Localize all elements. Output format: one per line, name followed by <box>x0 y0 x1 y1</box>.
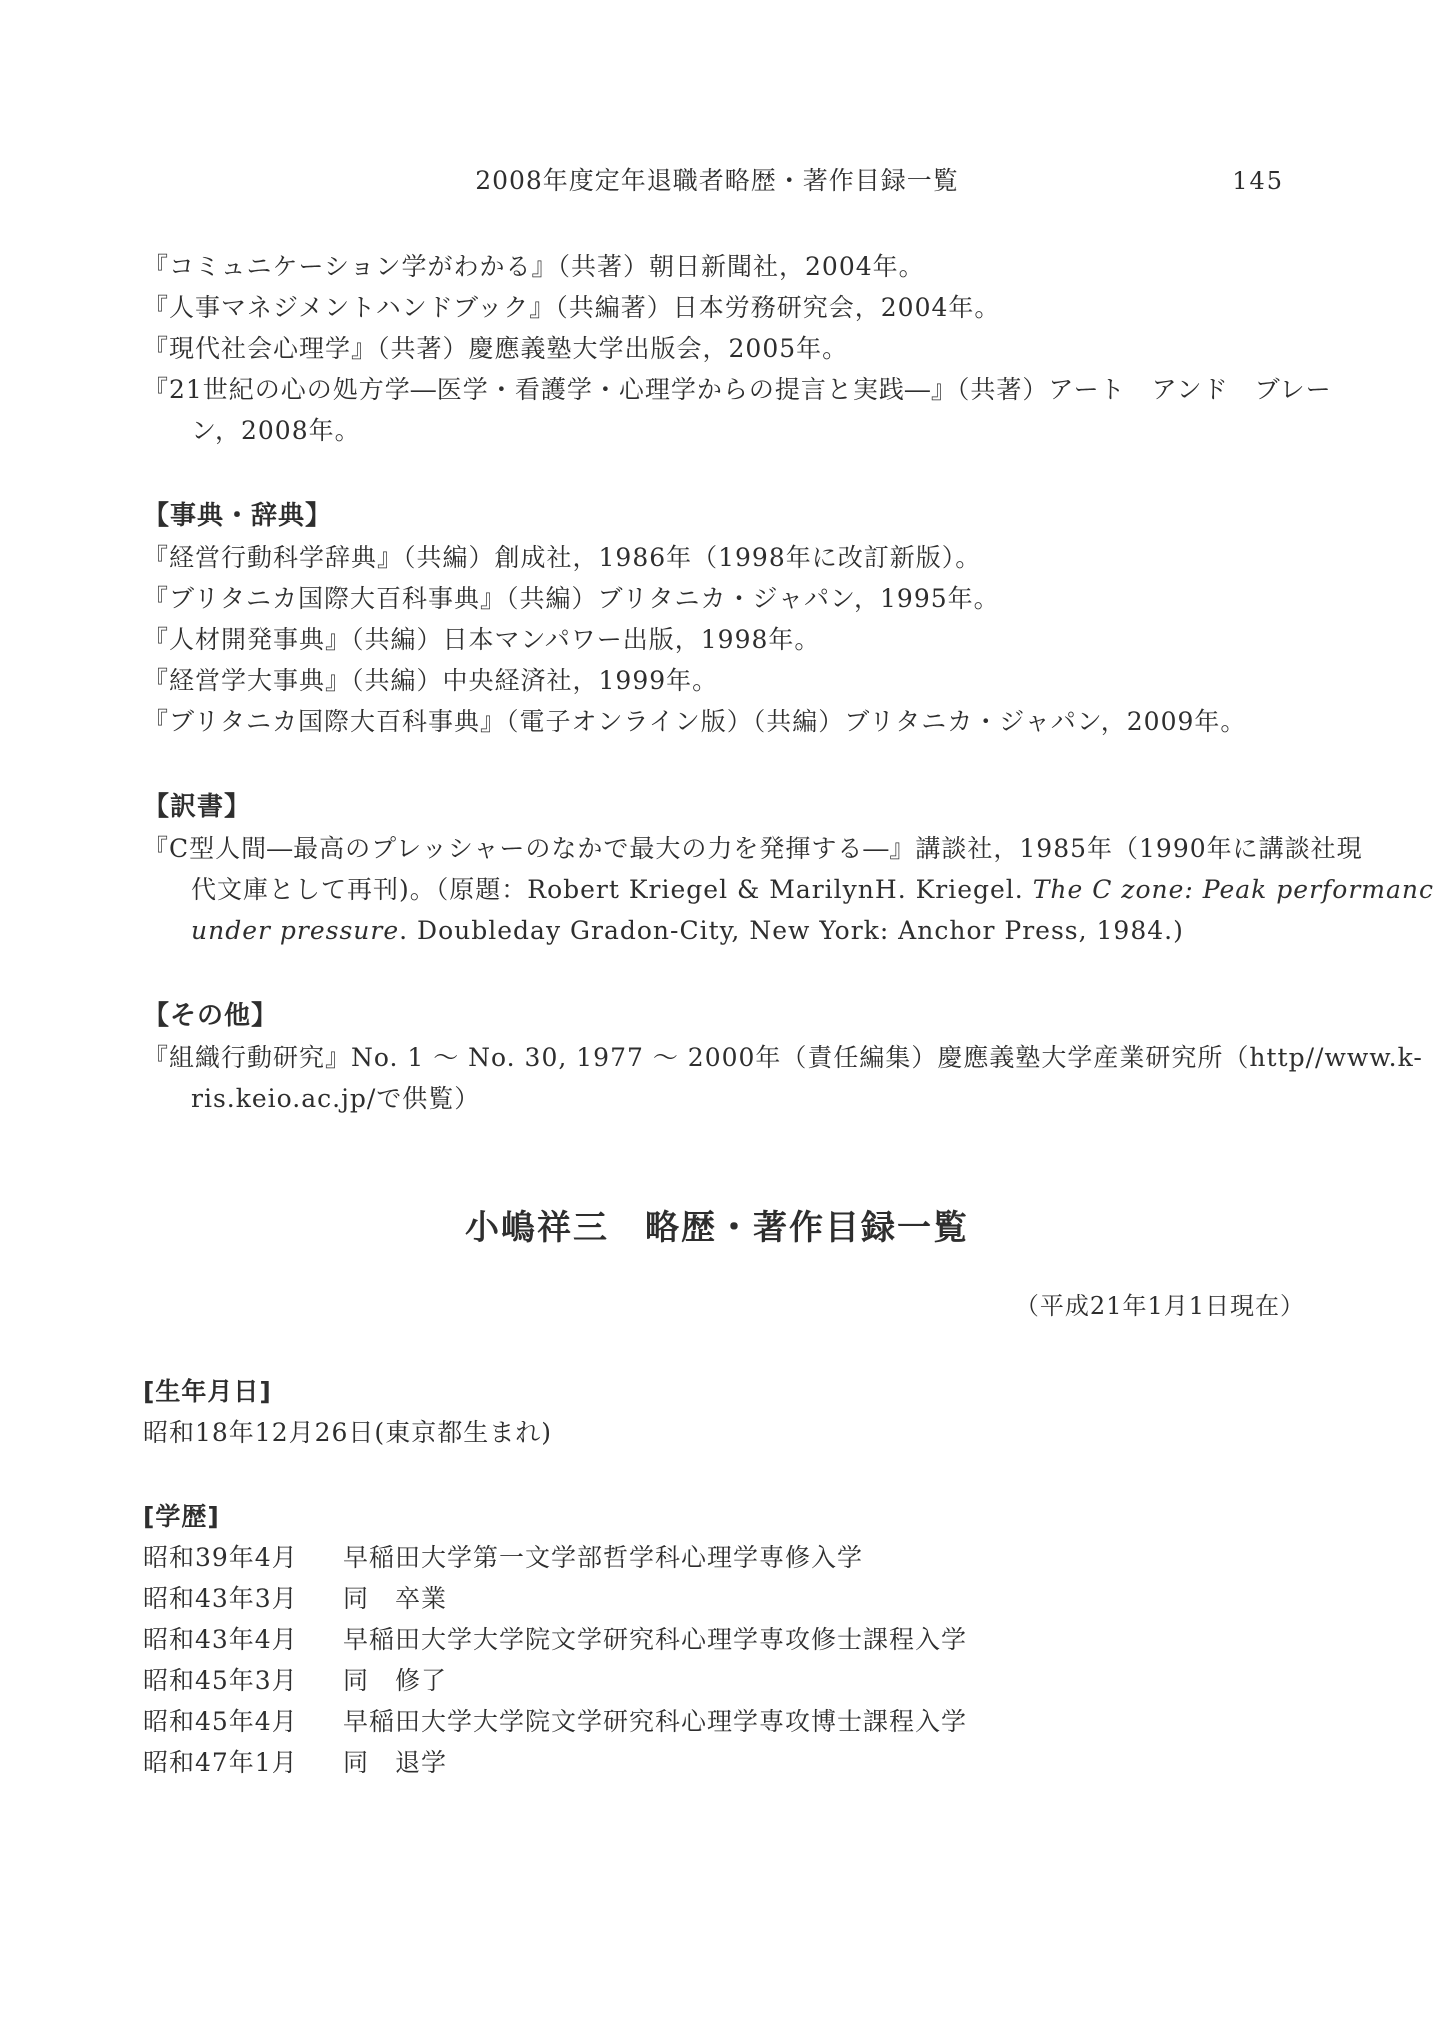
as-of-date: （平成21年1月1日現在） <box>143 1286 1305 1327</box>
education-detail: 早稲田大学大学院文学研究科心理学専攻修士課程入学 <box>343 1619 1305 1660</box>
education-table: 昭和39年4月 早稲田大学第一文学部哲学科心理学専修入学 昭和43年3月 同 卒… <box>143 1537 1305 1783</box>
education-detail: 同 修了 <box>343 1660 1305 1701</box>
bibliography-entry-continuation: under pressure. Doubleday Gradon-City, N… <box>143 910 1305 951</box>
section-heading-translations: 【訳書】 <box>143 787 1305 828</box>
education-date: 昭和43年4月 <box>143 1619 343 1660</box>
birthdate-label: [生年月日] <box>143 1371 1305 1412</box>
page-header: 2008年度定年退職者略歴・著作目録一覧 145 <box>0 165 1434 197</box>
education-row: 昭和43年3月 同 卒業 <box>143 1578 1305 1619</box>
section-heading-dictionaries: 【事典・辞典】 <box>143 496 1305 537</box>
page-number: 145 <box>1232 165 1284 197</box>
profile-title: 小嶋祥三 略歴・著作目録一覧 <box>0 1203 1434 1253</box>
education-date: 昭和47年1月 <box>143 1742 343 1783</box>
education-label: [学歴] <box>143 1496 1305 1537</box>
translation-original-title: The C zone: Peak performance <box>1033 875 1434 904</box>
education-detail: 早稲田大学第一文学部哲学科心理学専修入学 <box>343 1537 1305 1578</box>
page-body: 『コミュニケーション学がわかる』（共著）朝日新聞社，2004年。 『人事マネジメ… <box>143 246 1305 1783</box>
education-detail: 同 卒業 <box>343 1578 1305 1619</box>
education-row: 昭和39年4月 早稲田大学第一文学部哲学科心理学専修入学 <box>143 1537 1305 1578</box>
bibliography-entry: 『ブリタニカ国際大百科事典』（共編）ブリタニカ・ジャパン，1995年。 <box>143 578 1305 619</box>
translation-original-title: under pressure <box>191 916 399 945</box>
section-heading-others: 【その他】 <box>143 996 1305 1037</box>
bibliography-entry: 『21世紀の心の処方学―医学・看護学・心理学からの提言と実践―』（共著）アート … <box>143 369 1305 410</box>
education-date: 昭和39年4月 <box>143 1537 343 1578</box>
bibliography-entry-continuation: 代文庫として再刊)。（原題：Robert Kriegel & MarilynH.… <box>143 869 1305 910</box>
education-row: 昭和45年3月 同 修了 <box>143 1660 1305 1701</box>
bibliography-entry: 『コミュニケーション学がわかる』（共著）朝日新聞社，2004年。 <box>143 246 1305 287</box>
education-row: 昭和43年4月 早稲田大学大学院文学研究科心理学専攻修士課程入学 <box>143 1619 1305 1660</box>
bibliography-entry: 『現代社会心理学』（共著）慶應義塾大学出版会，2005年。 <box>143 328 1305 369</box>
running-title: 2008年度定年退職者略歴・著作目録一覧 <box>0 165 1434 197</box>
education-date: 昭和45年3月 <box>143 1660 343 1701</box>
birthdate-value: 昭和18年12月26日(東京都生まれ) <box>143 1412 1305 1453</box>
section-others: 【その他】 『組織行動研究』No. 1 ～ No. 30, 1977 ～ 200… <box>143 996 1305 1119</box>
bibliography-entry: 『経営行動科学辞典』（共編）創成社，1986年（1998年に改訂新版）。 <box>143 537 1305 578</box>
document-page: 2008年度定年退職者略歴・著作目録一覧 145 『コミュニケーション学がわかる… <box>0 0 1434 2026</box>
bibliography-entry: 『ブリタニカ国際大百科事典』（電子オンライン版）（共編）ブリタニカ・ジャパン，2… <box>143 701 1305 742</box>
bibliography-entry: 『C型人間―最高のプレッシャーのなかで最大の力を発揮する―』講談社，1985年（… <box>143 828 1305 869</box>
section-translations: 【訳書】 『C型人間―最高のプレッシャーのなかで最大の力を発揮する―』講談社，1… <box>143 787 1305 951</box>
bibliography-intro-entries: 『コミュニケーション学がわかる』（共著）朝日新聞社，2004年。 『人事マネジメ… <box>143 246 1305 451</box>
education-detail: 早稲田大学大学院文学研究科心理学専攻博士課程入学 <box>343 1701 1305 1742</box>
bibliography-entry: 『人材開発事典』（共編）日本マンパワー出版，1998年。 <box>143 619 1305 660</box>
translation-text: 代文庫として再刊)。（原題：Robert Kriegel & MarilynH.… <box>191 875 1033 904</box>
education-date: 昭和45年4月 <box>143 1701 343 1742</box>
education-row: 昭和45年4月 早稲田大学大学院文学研究科心理学専攻博士課程入学 <box>143 1701 1305 1742</box>
section-dictionaries: 【事典・辞典】 『経営行動科学辞典』（共編）創成社，1986年（1998年に改訂… <box>143 496 1305 742</box>
bibliography-entry: 『組織行動研究』No. 1 ～ No. 30, 1977 ～ 2000年（責任編… <box>143 1037 1305 1078</box>
education-detail: 同 退学 <box>343 1742 1305 1783</box>
bibliography-entry-continuation: ris.keio.ac.jp/で供覧） <box>143 1078 1305 1119</box>
bibliography-entry: 『経営学大事典』（共編）中央経済社，1999年。 <box>143 660 1305 701</box>
bibliography-entry: 『人事マネジメントハンドブック』（共編著）日本労務研究会，2004年。 <box>143 287 1305 328</box>
bibliography-entry-continuation: ン，2008年。 <box>143 410 1305 451</box>
education-row: 昭和47年1月 同 退学 <box>143 1742 1305 1783</box>
translation-text: . Doubleday Gradon-City, New York: Ancho… <box>399 916 1184 945</box>
education-date: 昭和43年3月 <box>143 1578 343 1619</box>
